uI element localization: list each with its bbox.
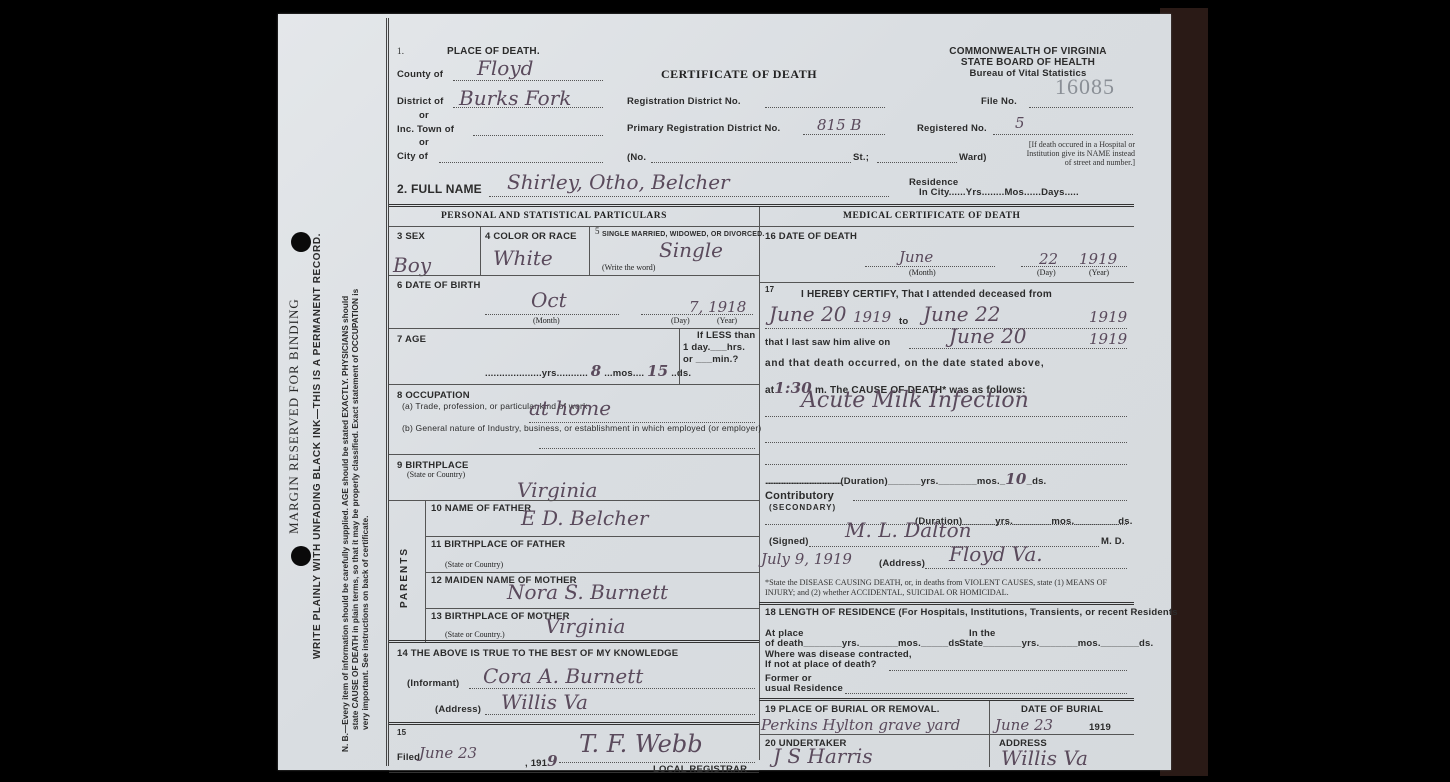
father-label: 10 NAME OF FATHER (431, 504, 531, 514)
dod-day[interactable]: 22 (1039, 250, 1058, 268)
age-label: 7 AGE (397, 334, 426, 345)
secondary-label: (SECONDARY) (769, 503, 836, 512)
dob-year-text: 1918 (708, 298, 746, 316)
issuer-line-1: COMMONWEALTH OF VIRGINIA (919, 46, 1137, 57)
dod-month[interactable]: June (899, 248, 933, 266)
dob-month[interactable]: Oct (531, 288, 567, 312)
former-label-2: usual Residence (765, 684, 843, 694)
vrule (679, 328, 680, 384)
less-than-line-3: or ___min.? (683, 354, 755, 366)
residence-heading: 18 LENGTH OF RESIDENCE (For Hospitals, I… (765, 608, 1131, 617)
certificate-form: 1. PLACE OF DEATH. County of Floyd Distr… (386, 18, 1171, 766)
vrule (480, 226, 481, 275)
sex-value[interactable]: Boy (393, 253, 431, 277)
burial-date-label: DATE OF BURIAL (1021, 704, 1103, 715)
rule-thick (759, 602, 1134, 605)
punch-hole-top (291, 232, 311, 252)
physician-address[interactable]: Floyd Va. (949, 542, 1043, 566)
filed-year-prefix: 191 (531, 758, 547, 769)
district-value[interactable]: Burks Fork (459, 86, 571, 110)
duration-mos-label: mos. (977, 476, 1000, 487)
residence-at-place[interactable]: of death_______yrs._______mos._____ds. (765, 638, 963, 649)
rule (389, 275, 759, 276)
ink-note: WRITE PLAINLY WITH UNFADING BLACK INK—TH… (312, 233, 323, 659)
issuer-line-2: STATE BOARD OF HEALTH (919, 57, 1137, 68)
birthplace-value[interactable]: Virginia (517, 478, 597, 502)
primary-registration-line (803, 134, 885, 135)
dots[interactable] (845, 693, 1127, 694)
rule (425, 608, 759, 609)
rule (389, 500, 759, 501)
parents-label: PARENTS (399, 547, 410, 608)
street-st-label: St.; (853, 152, 869, 163)
dod-month-caption: (Month) (909, 268, 936, 277)
secondary-mos: mos. (1051, 516, 1074, 527)
dob-label: 6 DATE OF BIRTH (397, 280, 481, 291)
day-caption: (Day) (671, 316, 690, 325)
dots (765, 464, 1127, 465)
or-label-1: or (419, 110, 429, 121)
days-label: Days (1041, 187, 1065, 198)
in-city-label: In City (919, 187, 949, 198)
duration-label: (Duration) (840, 476, 887, 487)
rule-thick (389, 722, 759, 725)
filed-year-suffix[interactable]: 9 (547, 752, 558, 770)
dob-day-text: 7 (689, 298, 699, 316)
primary-registration-label: Primary Registration District No. (627, 123, 780, 134)
file-no-label: File No. (981, 96, 1017, 107)
father-birthplace-sub: (State or Country) (445, 560, 503, 569)
occupation-a: (a) Trade, profession, or particular kin… (402, 402, 542, 411)
ward-line[interactable] (877, 162, 957, 163)
age-yrs-label: yrs. (542, 368, 560, 379)
punch-hole-bottom (291, 546, 311, 566)
race-label: 4 COLOR OR RACE (485, 231, 577, 242)
primary-registration-value[interactable]: 815 B (817, 116, 861, 134)
physician-address-label: (Address) (879, 558, 925, 569)
secondary-ds: ds. (1118, 516, 1132, 527)
contracted-label-2: If not at place of death? (765, 660, 912, 670)
file-no-line (1029, 107, 1133, 108)
county-line (453, 80, 603, 81)
duration-line: ........................................… (765, 470, 1046, 488)
certify-text: I HEREBY CERTIFY, That I attended deceas… (801, 289, 1052, 300)
cause-footnote: *State the DISEASE CAUSING DEATH, or, in… (765, 578, 1131, 597)
last-saw-year[interactable]: 1919 (1089, 330, 1127, 348)
father-birthplace-label: 11 BIRTHPLACE OF FATHER (431, 540, 531, 550)
dots (765, 328, 1127, 329)
section-1-number: 1. (397, 46, 404, 56)
registered-no-line (993, 134, 1133, 135)
residence-in-state[interactable]: State_______yrs._______mos._______ds. (959, 638, 1153, 649)
attended-from[interactable]: June 20 (769, 302, 846, 326)
rule-thick (389, 770, 759, 773)
occupation-value[interactable]: at home (529, 396, 611, 420)
town-label: Inc. Town of (397, 124, 454, 135)
less-than-day: If LESS than 1 day.___hrs. or ___min.? (683, 330, 755, 366)
death-occurred-text: and that death occurred, on the date sta… (765, 358, 1045, 369)
attended-to[interactable]: June 22 (923, 302, 1000, 326)
race-value[interactable]: White (493, 246, 553, 270)
dob-day[interactable]: 7, 1918 (689, 298, 746, 316)
county-value[interactable]: Floyd (477, 56, 533, 80)
personal-heading: PERSONAL AND STATISTICAL PARTICULARS (441, 211, 667, 221)
informant-label: (Informant) (407, 678, 459, 689)
district-label: District of (397, 96, 444, 107)
dots (765, 442, 1127, 443)
street-line[interactable] (651, 162, 851, 163)
informant-address-label: (Address) (435, 704, 481, 715)
nb-line-1: N. B.—Every item of information should b… (340, 289, 350, 752)
filed-label: Filed (397, 752, 420, 763)
rule (389, 226, 759, 227)
attended-from-year[interactable]: 1919 (853, 308, 891, 326)
rule (389, 328, 759, 329)
informant-value[interactable]: Cora A. Burnett (483, 664, 643, 688)
age-days[interactable]: 15 (647, 362, 668, 380)
column-divider (759, 207, 760, 760)
dots (765, 416, 1127, 417)
dod-day-caption: (Day) (1037, 268, 1056, 277)
mos-label: Mos. (1004, 187, 1026, 198)
sex-label: 3 SEX (397, 231, 425, 242)
signed-label: (Signed) (769, 536, 809, 547)
rule-thick (389, 640, 759, 643)
dob-month-line (485, 314, 619, 315)
street-no-label: (No. (627, 152, 646, 163)
mother-birthplace-value[interactable]: Virginia (545, 614, 625, 638)
occupation-b: (b) General nature of Industry, business… (402, 424, 552, 433)
residence-in-city: Residence In City......Yrs........Mos...… (909, 178, 1079, 198)
town-line[interactable] (473, 135, 603, 136)
marital-label: SINGLE MARRIED, WIDOWED, OR DIVORCED. (602, 231, 658, 239)
rule-thick (759, 698, 1134, 701)
nb-line-2: state CAUSE OF DEATH in plain terms, so … (350, 289, 360, 752)
full-name-line (489, 196, 889, 197)
marital-number: 5 (595, 226, 600, 236)
registration-district-label: Registration District No. (627, 96, 741, 107)
dots (485, 714, 755, 715)
age-months[interactable]: 8 (591, 362, 602, 380)
vrule (589, 226, 590, 275)
section-17-number: 17 (765, 285, 774, 294)
medical-heading: MEDICAL CERTIFICATE OF DEATH (843, 211, 1020, 221)
registered-no-label: Registered No. (917, 123, 987, 134)
ward-label: Ward) (959, 152, 987, 163)
duration-yrs-label: yrs. (921, 476, 939, 487)
rule (425, 536, 759, 537)
year-caption: (Year) (717, 316, 737, 325)
employer-line[interactable] (539, 448, 755, 449)
informant-address-value[interactable]: Willis Va (501, 690, 588, 714)
county-label: County of (397, 69, 443, 80)
less-than-line-1: If LESS than (683, 330, 755, 342)
former-residence: Former or usual Residence (765, 674, 843, 694)
less-than-line-2: 1 day.___hrs. (683, 342, 755, 354)
mother-birthplace-sub: (State or Country.) (445, 630, 505, 639)
registrar-signature[interactable]: T. F. Webb (579, 730, 703, 758)
disease-contracted: Where was disease contracted, If not at … (765, 650, 912, 670)
time-prefix: at (765, 385, 774, 396)
full-name-label: 2. FULL NAME (397, 182, 482, 196)
burial-place-value[interactable]: Perkins Hylton grave yard (761, 716, 960, 734)
registered-no-value[interactable]: 5 (1015, 114, 1025, 132)
marital-value[interactable]: Single (659, 238, 723, 262)
birthplace-sub: (State or Country) (407, 470, 465, 479)
secondary-yrs: yrs. (995, 516, 1013, 527)
dots[interactable] (889, 670, 1127, 671)
last-saw-value[interactable]: June 20 (949, 324, 1026, 348)
mother-value[interactable]: Nora S. Burnett (507, 580, 668, 604)
section-15-number: 15 (397, 728, 406, 737)
dots (559, 762, 755, 763)
dots (909, 348, 1127, 349)
marital-note: (Write the word) (602, 263, 655, 272)
hospital-note: [If death occured in a Hospital or Insti… (1023, 140, 1135, 167)
file-number-stamp: 16085 (1055, 74, 1115, 100)
md-label: M. D. (1101, 536, 1125, 547)
city-label: City of (397, 151, 428, 162)
city-line[interactable] (439, 162, 603, 163)
informant-heading: 14 THE ABOVE IS TRUE TO THE BEST OF MY K… (397, 648, 678, 659)
to-label: to (899, 316, 908, 327)
full-name-value[interactable]: Shirley, Otho, Belcher (507, 170, 730, 194)
attended-to-year[interactable]: 1919 (1089, 308, 1127, 326)
death-certificate: MARGIN RESERVED FOR BINDING WRITE PLAINL… (278, 14, 1171, 770)
rule (389, 384, 759, 385)
occupation-label: 8 OCCUPATION (397, 390, 470, 401)
dod-year-caption: (Year) (1089, 268, 1109, 277)
or-label-2: or (419, 137, 429, 148)
certificate-title: CERTIFICATE OF DEATH (661, 67, 817, 82)
nb-instructions: N. B.—Every item of information should b… (340, 289, 370, 752)
filed-date[interactable]: June 23 (419, 744, 477, 762)
age-line: ....................yrs........... 8 ...… (485, 362, 691, 380)
divider-name (389, 204, 1134, 207)
undertaker-value[interactable]: J S Harris (773, 744, 873, 768)
physician-signature[interactable]: M. L. Dalton (845, 518, 972, 542)
undertaker-address-value[interactable]: Willis Va (1001, 746, 1088, 770)
last-saw-label: that I last saw him alive on (765, 337, 890, 348)
registration-district-line[interactable] (765, 107, 885, 108)
dots (865, 266, 995, 267)
vrule (425, 500, 426, 642)
rule (759, 734, 1134, 735)
rule (425, 572, 759, 573)
dots (925, 568, 1127, 569)
burial-place-label: 19 PLACE OF BURIAL OR REMOVAL. (765, 704, 940, 715)
month-caption: (Month) (533, 316, 560, 325)
dots[interactable] (853, 500, 1127, 501)
duration-days[interactable]: 10 (1005, 470, 1026, 488)
binding-margin: MARGIN RESERVED FOR BINDING WRITE PLAINL… (278, 14, 386, 770)
duration-ds-label: ds. (1032, 476, 1046, 487)
cause-of-death[interactable]: Acute Milk Infection (801, 388, 1029, 413)
binding-note: MARGIN RESERVED FOR BINDING (286, 298, 302, 534)
burial-date-value[interactable]: June 23 (995, 716, 1053, 734)
signed-date[interactable]: July 9, 1919 (761, 550, 852, 568)
yrs-label: Yrs. (966, 187, 985, 198)
age-mos-label: mos. (613, 368, 636, 379)
rule (389, 454, 759, 455)
filed-year: , 1919 (525, 752, 558, 770)
rule (759, 226, 1134, 227)
father-value[interactable]: E D. Belcher (521, 506, 648, 530)
contributory-label: Contributory (765, 490, 834, 502)
burial-year: 1919 (1089, 722, 1111, 733)
nb-line-3: very important. See instructions on back… (360, 289, 370, 752)
dots (469, 688, 755, 689)
dod-label: 16 DATE OF DEATH (765, 231, 857, 242)
dod-year[interactable]: 1919 (1079, 250, 1117, 268)
mother-birthplace-label: 13 BIRTHPLACE OF MOTHER (431, 612, 531, 622)
rule (759, 282, 1134, 283)
